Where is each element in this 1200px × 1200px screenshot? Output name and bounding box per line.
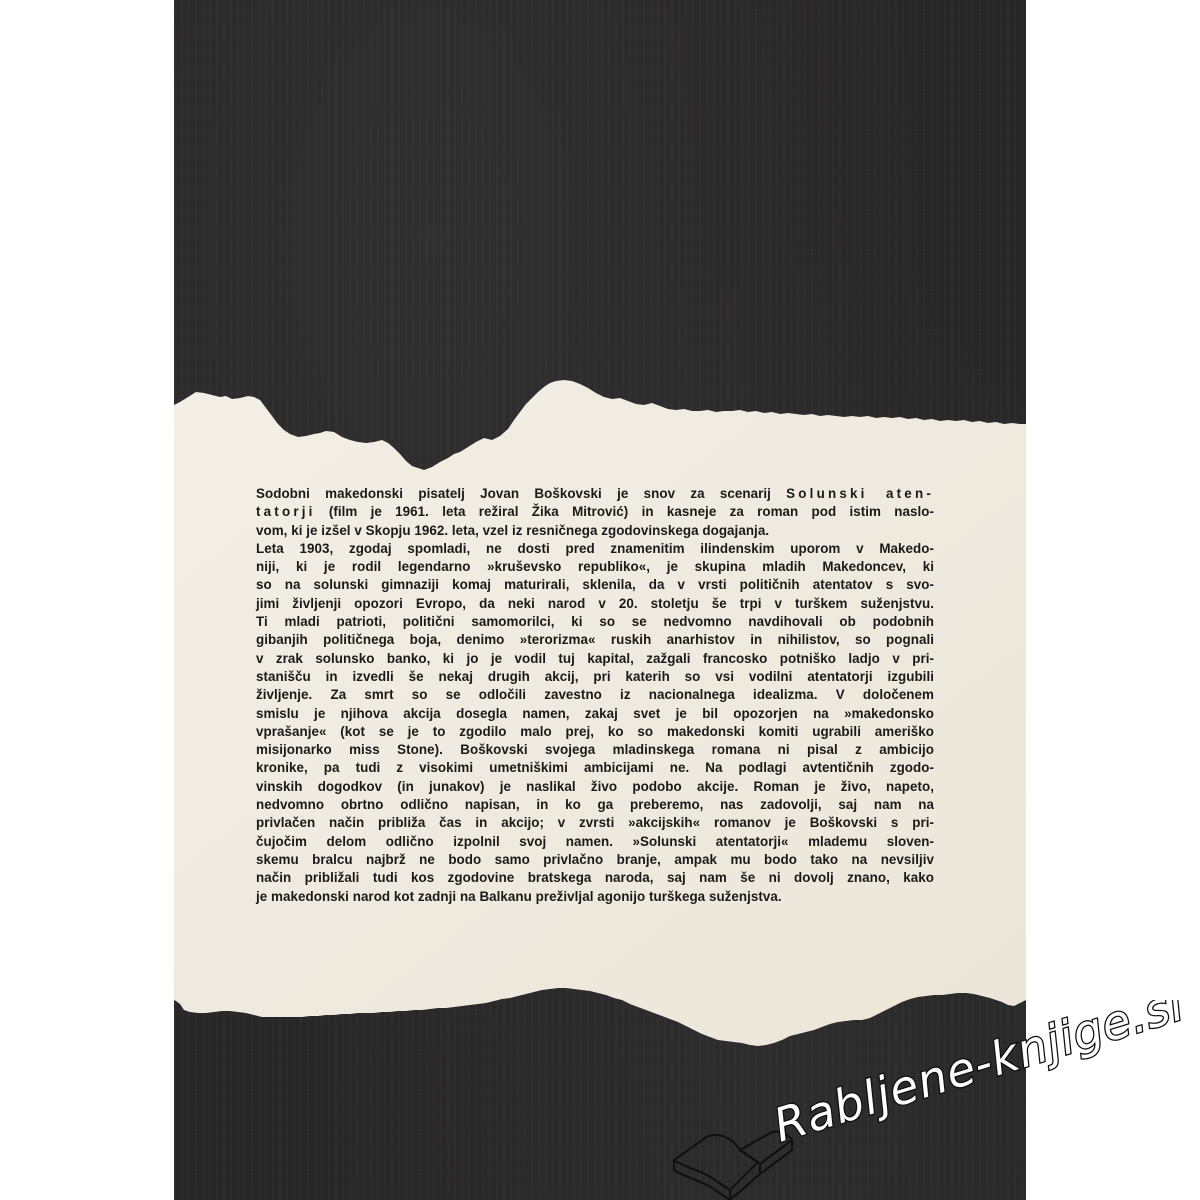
- blurb-line: smislu je njihova akcija dosegla namen, …: [256, 705, 934, 723]
- blurb-line: vinskih dogodkov (in junakov) je naslika…: [256, 778, 934, 796]
- blurb-line: način približali tudi kos zgodovine brat…: [256, 869, 934, 887]
- blurb-line: življenje. Za smrt so se odločili zavest…: [256, 686, 934, 704]
- watermark-text: Rabljene-knjige.si: [767, 1000, 1190, 1153]
- blurb-text: način približali tudi kos zgodovine brat…: [256, 870, 934, 885]
- blurb-text: jimi življenji opozori Evropo, da neki n…: [256, 596, 934, 611]
- blurb-line: Sodobni makedonski pisatelj Jovan Boškov…: [256, 485, 934, 503]
- blurb-line: gibanjih političnega boja, denimo »teror…: [256, 631, 934, 649]
- blurb-line: niji, ki je rodil legendarno »kruševsko …: [256, 558, 934, 576]
- blurb-line: jimi življenji opozori Evropo, da neki n…: [256, 595, 934, 613]
- blurb-text: čujočim delom odlično izpolnil svoj name…: [256, 834, 934, 849]
- blurb-line: v zrak solunsko banko, ki jo je vodil tu…: [256, 650, 934, 668]
- blurb-text: nedvomno obrtno odlično napisan, in ko g…: [256, 797, 934, 812]
- blurb-text: vom, ki je izšel v Skopju 1962. leta, vz…: [256, 523, 769, 538]
- blurb-text: vinskih dogodkov (in junakov) je naslika…: [256, 779, 934, 794]
- blurb-text: v zrak solunsko banko, ki jo je vodil tu…: [256, 651, 934, 666]
- blurb-text: so na solunski gimnaziji komaj maturiral…: [256, 577, 934, 592]
- blurb-text: niji, ki je rodil legendarno »kruševsko …: [256, 559, 934, 574]
- blurb-text: smislu je njihova akcija dosegla namen, …: [256, 706, 934, 721]
- blurb-line: misijonarko miss Stone). Boškovski svoje…: [256, 741, 934, 759]
- blurb-text: Leta 1903, zgodaj spomladi, ne dosti pre…: [256, 541, 934, 556]
- blurb-line: je makedonski narod kot zadnji na Balkan…: [256, 888, 934, 906]
- blurb-text: gibanjih političnega boja, denimo »teror…: [256, 632, 934, 647]
- blurb-line: čujočim delom odlično izpolnil svoj name…: [256, 833, 934, 851]
- book-title-text: tatorji: [256, 504, 316, 519]
- blurb-text: stanišču in izvedli še nekaj drugih akci…: [256, 669, 934, 684]
- watermark: Rabljene-knjige.si: [660, 1000, 1200, 1200]
- blurb-text: je makedonski narod kot zadnji na Balkan…: [256, 889, 782, 904]
- blurb-line: tatorji (film je 1961. leta režiral Žika…: [256, 503, 934, 521]
- blurb-line: Leta 1903, zgodaj spomladi, ne dosti pre…: [256, 540, 934, 558]
- blurb-text: Sodobni makedonski pisatelj Jovan Boškov…: [256, 486, 786, 501]
- blurb-line: skemu bralcu najbrž ne bodo samo privlač…: [256, 851, 934, 869]
- blurb-text: vprašanje« (kot se je to zgodilo malo pr…: [256, 724, 934, 739]
- blurb-text: Ti mladi patrioti, politični samomorilci…: [256, 614, 934, 629]
- book-blurb: Sodobni makedonski pisatelj Jovan Boškov…: [256, 485, 934, 906]
- book-title-text: Solunski aten-: [786, 486, 934, 501]
- blurb-text: (film je 1961. leta režiral Žika Mitrovi…: [316, 504, 934, 519]
- blurb-text: privlačen način približa čas in akcijo; …: [256, 815, 934, 830]
- blurb-line: vom, ki je izšel v Skopju 1962. leta, vz…: [256, 522, 934, 540]
- blurb-line: vprašanje« (kot se je to zgodilo malo pr…: [256, 723, 934, 741]
- blurb-line: Ti mladi patrioti, politični samomorilci…: [256, 613, 934, 631]
- blurb-line: kronike, pa tudi z visokimi umetniškimi …: [256, 759, 934, 777]
- blurb-text: misijonarko miss Stone). Boškovski svoje…: [256, 742, 934, 757]
- blurb-line: so na solunski gimnaziji komaj maturiral…: [256, 576, 934, 594]
- blurb-text: skemu bralcu najbrž ne bodo samo privlač…: [256, 852, 934, 867]
- blurb-line: stanišču in izvedli še nekaj drugih akci…: [256, 668, 934, 686]
- blurb-text: življenje. Za smrt so se odločili zavest…: [256, 687, 934, 702]
- open-book-icon: [674, 1131, 792, 1200]
- blurb-line: nedvomno obrtno odlično napisan, in ko g…: [256, 796, 934, 814]
- blurb-line: privlačen način približa čas in akcijo; …: [256, 814, 934, 832]
- blurb-text: kronike, pa tudi z visokimi umetniškimi …: [256, 760, 934, 775]
